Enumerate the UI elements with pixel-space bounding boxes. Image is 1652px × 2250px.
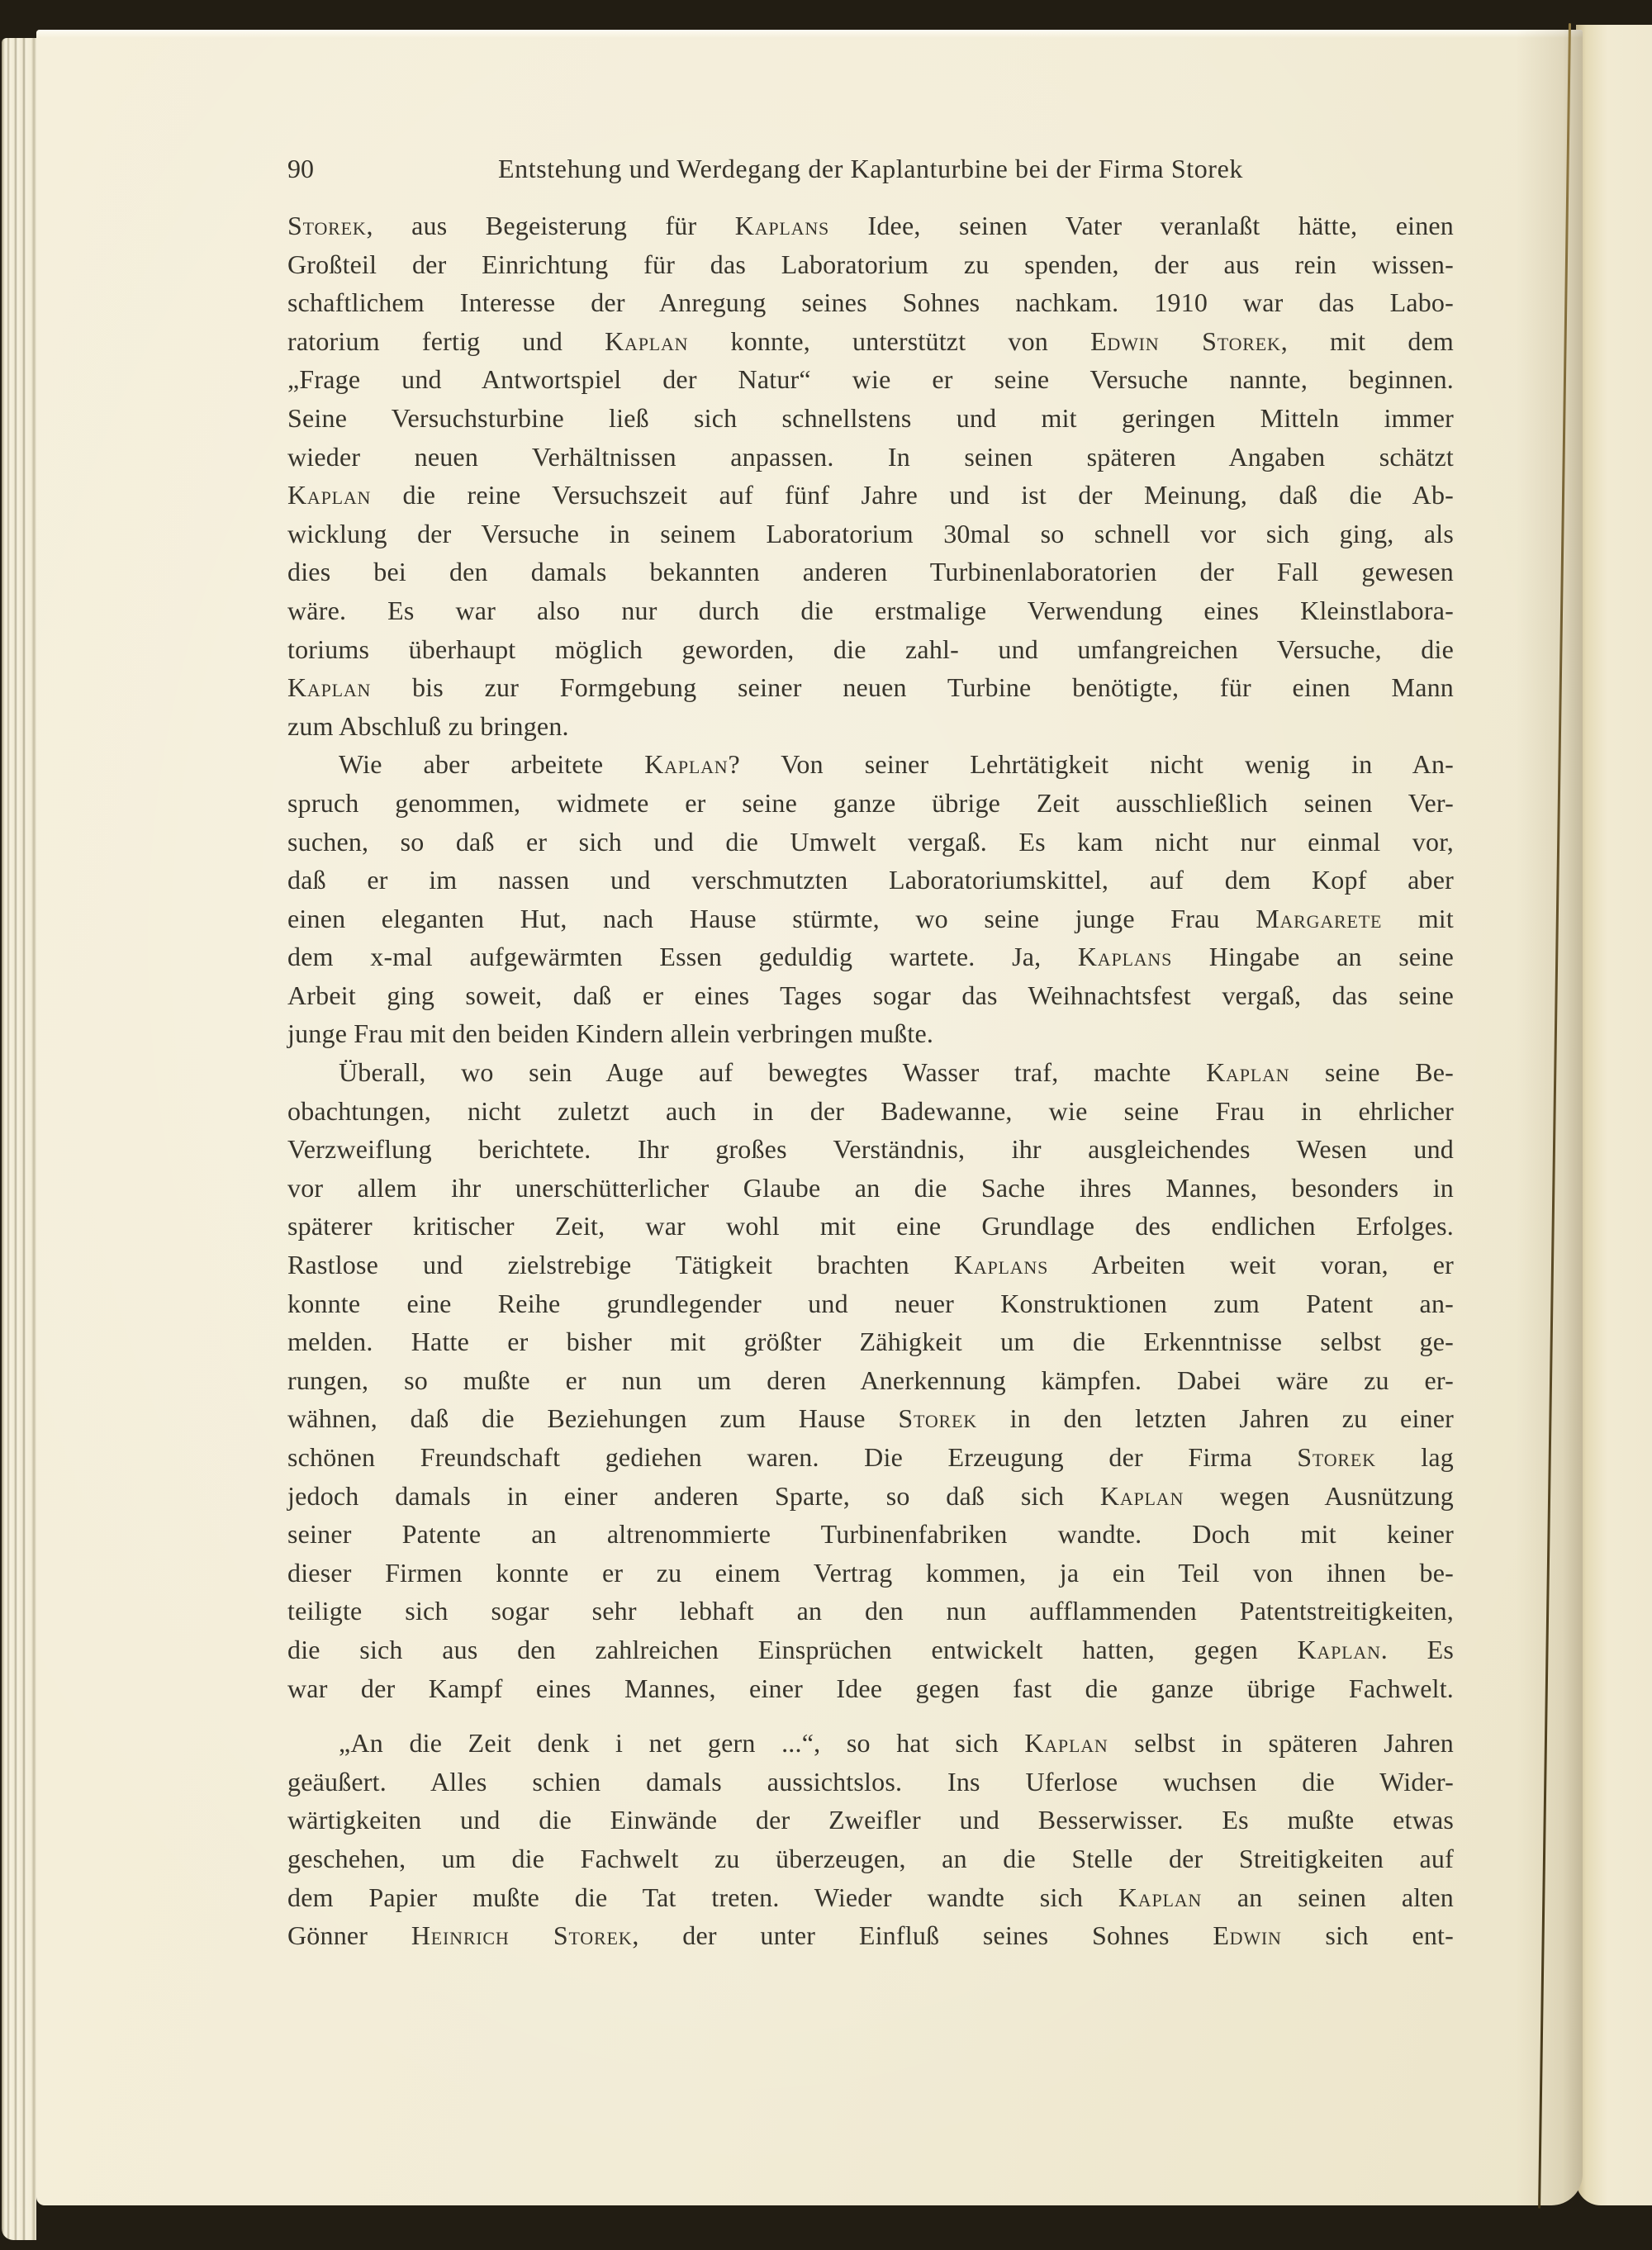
text-line: war der Kampf eines Mannes, einer Idee g… — [287, 1669, 1454, 1708]
text-segment: daß er im nassen und verschmutzten Labor… — [287, 865, 1454, 895]
running-title: Entstehung und Werdegang der Kaplanturbi… — [287, 152, 1454, 185]
text-segment: schönen Freundschaft gediehen waren. Die… — [287, 1442, 1297, 1472]
text-segment: in den letzten Jahren zu einer — [977, 1403, 1454, 1433]
text-segment: die reine Versuchszeit auf fünf Jahre un… — [371, 480, 1454, 510]
text-segment: Gönner — [287, 1920, 411, 1950]
text-segment: dem x-mal aufgewärmten Essen geduldig wa… — [287, 942, 1078, 971]
text-line: Storek, aus Begeisterung für Kaplans Ide… — [287, 206, 1454, 245]
text-segment: Großteil der Einrichtung für das Laborat… — [287, 249, 1454, 279]
text-segment: Arbeit ging soweit, daß er eines Tages s… — [287, 980, 1454, 1010]
text-segment: Verzweiflung berichtete. Ihr großes Vers… — [287, 1134, 1454, 1164]
text-segment: , mit dem — [1281, 326, 1454, 356]
text-segment: bis zur Formgebung seiner neuen Turbine … — [371, 672, 1454, 702]
text-line: „An die Zeit denk i net gern ...“, so ha… — [287, 1724, 1454, 1763]
text-line: Kaplan bis zur Formgebung seiner neuen T… — [287, 668, 1454, 707]
text-line: geäußert. Alles schien damals aussichtsl… — [287, 1763, 1454, 1801]
text-line: daß er im nassen und verschmutzten Labor… — [287, 861, 1454, 900]
text-line: konnte eine Reihe grundlegender und neue… — [287, 1284, 1454, 1323]
text-segment: melden. Hatte er bisher mit größter Zähi… — [287, 1327, 1454, 1356]
text-line: seiner Patente an altrenommierte Turbine… — [287, 1515, 1454, 1554]
small-caps-name: Kaplan — [1206, 1057, 1289, 1087]
text-segment: Wie aber arbeitete — [339, 749, 644, 779]
text-segment: war der Kampf eines Mannes, einer Idee g… — [287, 1673, 1454, 1703]
text-segment: jedoch damals in einer anderen Sparte, s… — [287, 1481, 1100, 1511]
small-caps-name: Kaplans — [1078, 942, 1172, 971]
small-caps-name: Kaplans — [735, 211, 829, 240]
text-segment: , aus Begeisterung für — [367, 211, 735, 240]
text-segment: dem Papier mußte die Tat treten. Wieder … — [287, 1882, 1118, 1912]
text-segment: sich ent- — [1282, 1920, 1454, 1950]
text-segment: . Es — [1381, 1635, 1454, 1664]
text-line: dem x-mal aufgewärmten Essen geduldig wa… — [287, 937, 1454, 976]
text-segment: schaftlichem Interesse der Anregung sein… — [287, 287, 1454, 317]
text-segment: einen eleganten Hut, nach Hause stürmte,… — [287, 904, 1256, 933]
page-top-edge-highlight — [36, 30, 1583, 38]
text-segment: geäußert. Alles schien damals aussichtsl… — [287, 1767, 1454, 1797]
text-line: einen eleganten Hut, nach Hause stürmte,… — [287, 900, 1454, 938]
text-line: Verzweiflung berichtete. Ihr großes Vers… — [287, 1130, 1454, 1169]
text-line: ratorium fertig und Kaplan konnte, unter… — [287, 322, 1454, 361]
small-caps-name: Storek — [898, 1403, 977, 1433]
text-segment: rungen, so mußte er nun um deren Anerken… — [287, 1365, 1454, 1395]
text-line: zum Abschluß zu bringen. — [287, 707, 1454, 746]
small-caps-name: Kaplan — [287, 480, 371, 510]
text-segment: selbst in späteren Jahren — [1108, 1728, 1454, 1758]
text-segment: wärtigkeiten und die Einwände der Zweifl… — [287, 1805, 1454, 1835]
text-segment: die sich aus den zahlreichen Einsprüchen… — [287, 1635, 1298, 1664]
text-segment: konnte, unterstützt von — [688, 326, 1090, 356]
text-segment: zum Abschluß zu bringen. — [287, 711, 569, 741]
text-line: dies bei den damals bekannten anderen Tu… — [287, 553, 1454, 591]
text-segment: späterer kritischer Zeit, war wohl mit e… — [287, 1211, 1454, 1241]
text-segment: obachtungen, nicht zuletzt auch in der B… — [287, 1096, 1454, 1126]
text-line: jedoch damals in einer anderen Sparte, s… — [287, 1477, 1454, 1516]
text-segment: wähnen, daß die Beziehungen zum Hause — [287, 1403, 898, 1433]
text-segment: suchen, so daß er sich und die Umwelt ve… — [287, 827, 1454, 857]
text-line: obachtungen, nicht zuletzt auch in der B… — [287, 1092, 1454, 1131]
page-number: 90 — [287, 152, 314, 185]
small-caps-name: Kaplan — [644, 749, 728, 779]
text-line: Seine Versuchsturbine ließ sich schnells… — [287, 399, 1454, 438]
text-line: Kaplan die reine Versuchszeit auf fünf J… — [287, 476, 1454, 515]
small-caps-name: Edwin — [1213, 1920, 1281, 1950]
text-segment: wicklung der Versuche in seinem Laborato… — [287, 519, 1454, 548]
text-line: teiligte sich sogar sehr lebhaft an den … — [287, 1592, 1454, 1631]
text-segment: Arbeiten weit voran, er — [1048, 1250, 1454, 1279]
text-line: spruch genommen, widmete er seine ganze … — [287, 784, 1454, 823]
text-line: Überall, wo sein Auge auf bewegtes Wasse… — [287, 1053, 1454, 1092]
small-caps-name: Edwin Storek — [1090, 326, 1281, 356]
text-line: suchen, so daß er sich und die Umwelt ve… — [287, 823, 1454, 862]
text-line: „Frage und Antwortspiel der Natur“ wie e… — [287, 360, 1454, 399]
small-caps-name: Storek — [287, 211, 367, 240]
text-segment: seiner Patente an altrenommierte Turbine… — [287, 1519, 1454, 1549]
text-line: toriums überhaupt möglich geworden, die … — [287, 630, 1454, 669]
text-segment: „An die Zeit denk i net gern ...“, so ha… — [339, 1728, 1024, 1758]
text-line: dieser Firmen konnte er zu einem Vertrag… — [287, 1554, 1454, 1593]
text-segment: junge Frau mit den beiden Kindern allein… — [287, 1018, 933, 1048]
book-scan: 90 Entstehung und Werdegang der Kaplantu… — [0, 0, 1652, 2250]
small-caps-name: Kaplan — [287, 672, 371, 702]
text-line: wähnen, daß die Beziehungen zum Hause St… — [287, 1399, 1454, 1438]
text-segment: Seine Versuchsturbine ließ sich schnells… — [287, 403, 1454, 433]
text-segment: seine Be- — [1289, 1057, 1454, 1087]
paragraph: Wie aber arbeitete Kaplan? Von seiner Le… — [287, 745, 1454, 1053]
text-line: geschehen, um die Fachwelt zu überzeugen… — [287, 1839, 1454, 1878]
small-caps-name: Kaplan — [1100, 1481, 1184, 1511]
text-segment: Idee, seinen Vater veranlaßt hätte, eine… — [829, 211, 1454, 240]
text-segment: toriums überhaupt möglich geworden, die … — [287, 634, 1454, 664]
text-line: schaftlichem Interesse der Anregung sein… — [287, 283, 1454, 322]
text-segment: lag — [1376, 1442, 1454, 1472]
text-segment: , der unter Einfluß seines Sohnes — [632, 1920, 1213, 1950]
body-text: Storek, aus Begeisterung für Kaplans Ide… — [287, 206, 1454, 1955]
text-line: vor allem ihr unerschütterlicher Glaube … — [287, 1169, 1454, 1208]
text-line: Arbeit ging soweit, daß er eines Tages s… — [287, 976, 1454, 1015]
text-line: wieder neuen Verhältnissen anpassen. In … — [287, 438, 1454, 477]
paragraph: „An die Zeit denk i net gern ...“, so ha… — [287, 1724, 1454, 1955]
gutter-shadow — [1517, 30, 1583, 2205]
page-text-block: 90 Entstehung und Werdegang der Kaplantu… — [287, 152, 1454, 1955]
text-line: wäre. Es war also nur durch die erstmali… — [287, 591, 1454, 630]
small-caps-name: Margarete — [1256, 904, 1382, 933]
text-segment: mit — [1382, 904, 1454, 933]
text-segment: ? Von seiner Lehrtätigkeit nicht wenig i… — [728, 749, 1454, 779]
text-line: Rastlose und zielstrebige Tätigkeit brac… — [287, 1246, 1454, 1284]
small-caps-name: Kaplan — [1298, 1635, 1381, 1664]
text-segment: Überall, wo sein Auge auf bewegtes Wasse… — [339, 1057, 1206, 1087]
text-line: melden. Hatte er bisher mit größter Zähi… — [287, 1322, 1454, 1361]
text-segment: wieder neuen Verhältnissen anpassen. In … — [287, 442, 1454, 472]
text-segment: wegen Ausnützung — [1184, 1481, 1454, 1511]
text-segment: „Frage und Antwortspiel der Natur“ wie e… — [287, 364, 1454, 394]
text-segment: vor allem ihr unerschütterlicher Glaube … — [287, 1173, 1454, 1203]
text-line: Großteil der Einrichtung für das Laborat… — [287, 245, 1454, 284]
text-segment: geschehen, um die Fachwelt zu überzeugen… — [287, 1844, 1454, 1873]
text-segment: an seinen alten — [1202, 1882, 1454, 1912]
stacked-page-edges — [2, 38, 36, 2240]
small-caps-name: Kaplans — [954, 1250, 1048, 1279]
text-line: die sich aus den zahlreichen Einsprüchen… — [287, 1631, 1454, 1669]
text-segment: dieser Firmen konnte er zu einem Vertrag… — [287, 1558, 1454, 1588]
small-caps-name: Heinrich Storek — [411, 1920, 633, 1950]
text-segment: wäre. Es war also nur durch die erstmali… — [287, 596, 1454, 625]
text-line: Wie aber arbeitete Kaplan? Von seiner Le… — [287, 745, 1454, 784]
small-caps-name: Kaplan — [605, 326, 688, 356]
text-segment: ratorium fertig und — [287, 326, 605, 356]
paragraph: Überall, wo sein Auge auf bewegtes Wasse… — [287, 1053, 1454, 1707]
small-caps-name: Storek — [1297, 1442, 1376, 1472]
text-line: wärtigkeiten und die Einwände der Zweifl… — [287, 1801, 1454, 1839]
small-caps-name: Kaplan — [1118, 1882, 1202, 1912]
text-line: dem Papier mußte die Tat treten. Wieder … — [287, 1878, 1454, 1917]
facing-page-sliver — [1576, 25, 1652, 2205]
text-line: rungen, so mußte er nun um deren Anerken… — [287, 1361, 1454, 1400]
page-header: 90 Entstehung und Werdegang der Kaplantu… — [287, 152, 1454, 185]
text-line: junge Frau mit den beiden Kindern allein… — [287, 1014, 1454, 1053]
small-caps-name: Kaplan — [1024, 1728, 1108, 1758]
text-line: späterer kritischer Zeit, war wohl mit e… — [287, 1207, 1454, 1246]
text-segment: dies bei den damals bekannten anderen Tu… — [287, 557, 1454, 586]
text-segment: teiligte sich sogar sehr lebhaft an den … — [287, 1596, 1454, 1626]
text-line: schönen Freundschaft gediehen waren. Die… — [287, 1438, 1454, 1477]
text-line: wicklung der Versuche in seinem Laborato… — [287, 515, 1454, 553]
text-segment: konnte eine Reihe grundlegender und neue… — [287, 1289, 1454, 1318]
text-segment: spruch genommen, widmete er seine ganze … — [287, 788, 1454, 818]
paragraph: Storek, aus Begeisterung für Kaplans Ide… — [287, 206, 1454, 745]
text-segment: Rastlose und zielstrebige Tätigkeit brac… — [287, 1250, 954, 1279]
text-segment: Hingabe an seine — [1172, 942, 1454, 971]
text-line: Gönner Heinrich Storek, der unter Einflu… — [287, 1916, 1454, 1955]
